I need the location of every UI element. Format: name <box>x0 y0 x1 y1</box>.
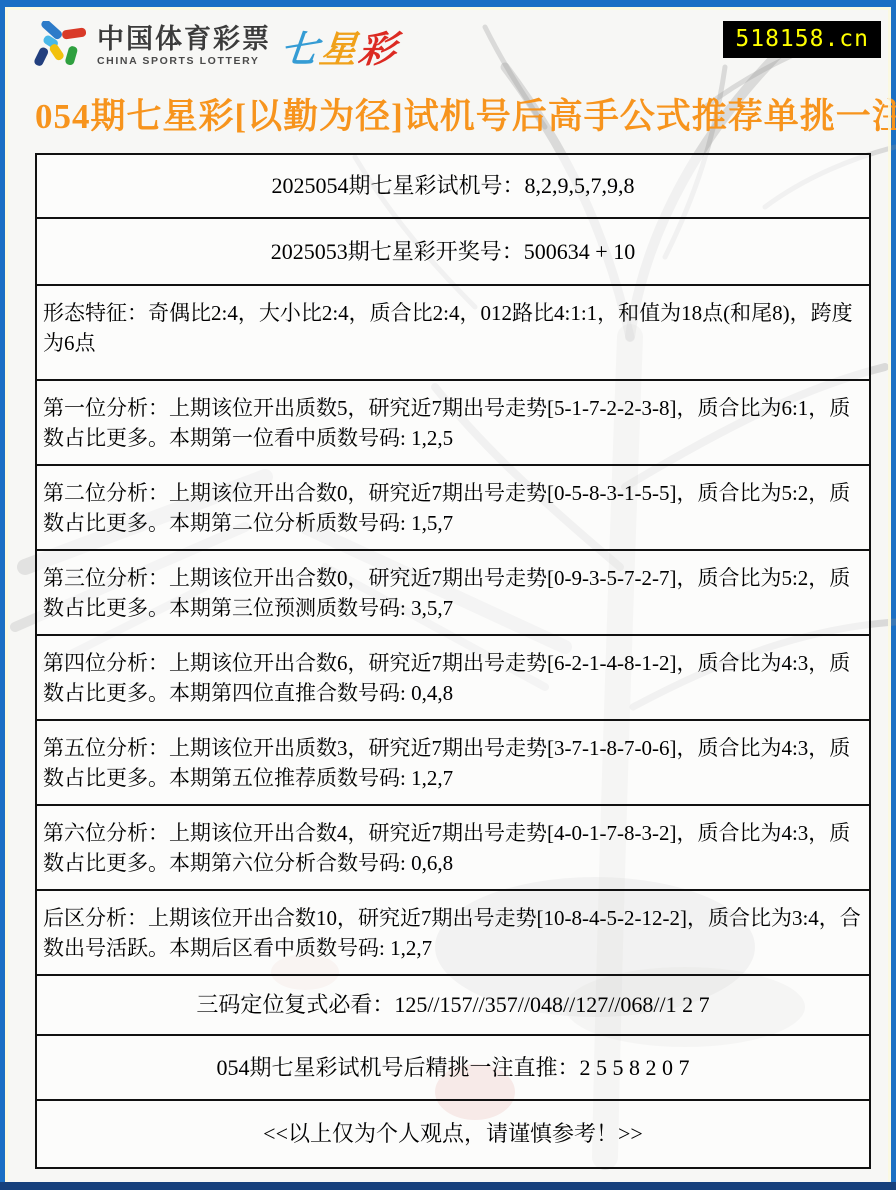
table-row-pos2-analysis: 第二位分析：上期该位开出合数0，研究近7期出号走势[0-5-8-3-1-5-5]… <box>37 464 869 549</box>
sports-lottery-logo: 中国体育彩票 CHINA SPORTS LOTTERY 七星彩 <box>33 19 398 73</box>
table-row-pos1-analysis: 第一位分析：上期该位开出质数5，研究近7期出号走势[5-1-7-2-2-3-8]… <box>37 379 869 464</box>
table-row-shijihao: 2025054期七星彩试机号：8,2,9,5,7,9,8 <box>37 155 869 217</box>
table-row-sanma-dingwei: 三码定位复式必看：125//157//357//048//127//068//1… <box>37 974 869 1034</box>
page: 中国体育彩票 CHINA SPORTS LOTTERY 七星彩 518158.c… <box>0 0 896 1190</box>
logo-cn-name: 中国体育彩票 <box>97 26 271 53</box>
bottom-frame-bar <box>0 1182 896 1190</box>
table-row-kaijianghao: 2025053期七星彩开奖号：500634 + 10 <box>37 217 869 284</box>
table-row-houqu-analysis: 后区分析：上期该位开出合数10，研究近7期出号走势[10-8-4-5-2-12-… <box>37 889 869 974</box>
table-row-disclaimer: <<以上仅为个人观点，请谨慎参考！>> <box>37 1099 869 1167</box>
brand-char-3: 彩 <box>356 29 399 70</box>
logo-text: 中国体育彩票 CHINA SPORTS LOTTERY <box>97 26 271 67</box>
brand-char-1: 七 <box>278 29 321 70</box>
table-row-pos4-analysis: 第四位分析：上期该位开出合数6，研究近7期出号走势[6-2-1-4-8-1-2]… <box>37 634 869 719</box>
table-row-zhitui-pick: 054期七星彩试机号后精挑一注直推：2 5 5 8 2 0 7 <box>37 1034 869 1099</box>
brand-qixingcai: 七星彩 <box>278 19 401 73</box>
site-url-badge[interactable]: 518158.cn <box>723 21 881 58</box>
page-title: 054期七星彩[以勤为径]试机号后高手公式推荐单挑一注 <box>35 89 891 139</box>
prediction-table: 2025054期七星彩试机号：8,2,9,5,7,9,8 2025053期七星彩… <box>35 153 871 1169</box>
header: 中国体育彩票 CHINA SPORTS LOTTERY 七星彩 518158.c… <box>5 7 891 81</box>
lottery-logo-icon <box>33 21 91 71</box>
table-row-pos6-analysis: 第六位分析：上期该位开出合数4，研究近7期出号走势[4-0-1-7-8-3-2]… <box>37 804 869 889</box>
table-row-pos5-analysis: 第五位分析：上期该位开出质数3，研究近7期出号走势[3-7-1-8-7-0-6]… <box>37 719 869 804</box>
logo-en-name: CHINA SPORTS LOTTERY <box>97 56 271 67</box>
table-row-xingtai: 形态特征：奇偶比2:4，大小比2:4，质合比2:4，012路比4:1:1，和值为… <box>37 284 869 379</box>
brand-char-2: 星 <box>317 29 360 70</box>
table-row-pos3-analysis: 第三位分析：上期该位开出合数0，研究近7期出号走势[0-9-3-5-7-2-7]… <box>37 549 869 634</box>
